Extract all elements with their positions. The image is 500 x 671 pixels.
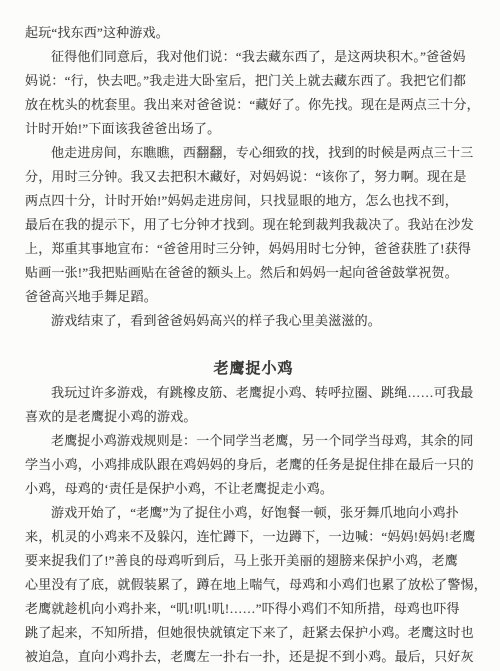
text-line: 妈说：“行，快去吧。”我走进大卧室后，把门关上就去藏东西了。我把它们都: [25, 69, 482, 93]
text-line: 我玩过许多游戏，有跳橡皮筋、老鹰捉小鸡、转呼拉圈、跳绳……可我最: [25, 381, 482, 405]
text-line: 分，用时三分钟。我又去把积木藏好，对妈妈说：“该你了，努力啊。现在是: [25, 165, 482, 189]
text-line: 两点四十分，计时开始!”妈妈走进房间，只找显眼的地方，怎么也找不到，: [25, 189, 482, 213]
essay-title: 老鹰捉小鸡: [25, 357, 482, 381]
text-line: 被迫急，直向小鸡扑去，老鹰左一扑右一扑，还是捉不到小鸡。最后，只好灰: [25, 645, 482, 669]
text-line: 游戏开始了，“老鹰”为了捉住小鸡，好饱餐一顿，张牙舞爪地向小鸡扑: [25, 501, 482, 525]
text-line: 学当小鸡，小鸡排成队跟在鸡妈妈的身后，老鹰的任务是捉住排在最后一只的: [25, 453, 482, 477]
text-line: 放在枕头的枕套里。我出来对爸爸说：“藏好了。你先找。现在是两点三十分，: [25, 93, 482, 117]
text-line: 老鹰捉小鸡游戏规则是：一个同学当老鹰，另一个同学当母鸡，其余的同: [25, 429, 482, 453]
text-line: 他走进房间，东瞧瞧，西翻翻，专心细致的找，找到的时候是两点三十三: [25, 141, 482, 165]
text-line: 最后在我的提示下，用了七分钟才找到。现在轮到裁判我裁决了。我站在沙发: [25, 213, 482, 237]
text-line: 跳了起来，不知所措，但她很快就镇定下来了，赶紧去保护小鸡。老鹰这时也: [25, 621, 482, 645]
text-line: 爸爸高兴地手舞足蹈。: [25, 285, 482, 309]
text-line: 小鸡，母鸡的‘责任是保护小鸡，不让老鹰捉走小鸡。: [25, 477, 482, 501]
text-line: 老鹰就趁机向小鸡扑来，“叽!叽!叽!……”吓得小鸡们不知所措，母鸡也吓得: [25, 597, 482, 621]
text-line: 贴画一张!”我把贴画贴在爸爸的额头上。然后和妈妈一起向爸爸鼓掌祝贺。: [25, 261, 482, 285]
text-line: 来，机灵的小鸡来不及躲闪，连忙蹲下，一边蹲下，一边喊：“妈妈!妈妈!老鹰: [25, 525, 482, 549]
text-line: 游戏结束了，看到爸爸妈妈高兴的样子我心里美滋滋的。: [25, 309, 482, 333]
text-line: 征得他们同意后，我对他们说：“我去藏东西了，是这两块积木。”爸爸妈: [25, 45, 482, 69]
document-page: 起玩“找东西”这种游戏。征得他们同意后，我对他们说：“我去藏东西了，是这两块积木…: [0, 0, 500, 671]
essay-body: 起玩“找东西”这种游戏。征得他们同意后，我对他们说：“我去藏东西了，是这两块积木…: [25, 21, 482, 669]
text-line: 心里没有了底，就假装累了，蹲在地上喘气，母鸡和小鸡们也累了放松了警惕，: [25, 573, 482, 597]
text-line: 喜欢的是老鹰捉小鸡的游戏。: [25, 405, 482, 429]
text-line: 起玩“找东西”这种游戏。: [25, 21, 482, 45]
text-line: 上，郑重其事地宣布：“爸爸用时三分钟，妈妈用时七分钟，爸爸获胜了!获得: [25, 237, 482, 261]
text-line: 计时开始!”下面该我爸爸出场了。: [25, 117, 482, 141]
text-line: 要来捉我们了!”善良的母鸡听到后，马上张开美丽的翅膀来保护小鸡，老鹰: [25, 549, 482, 573]
